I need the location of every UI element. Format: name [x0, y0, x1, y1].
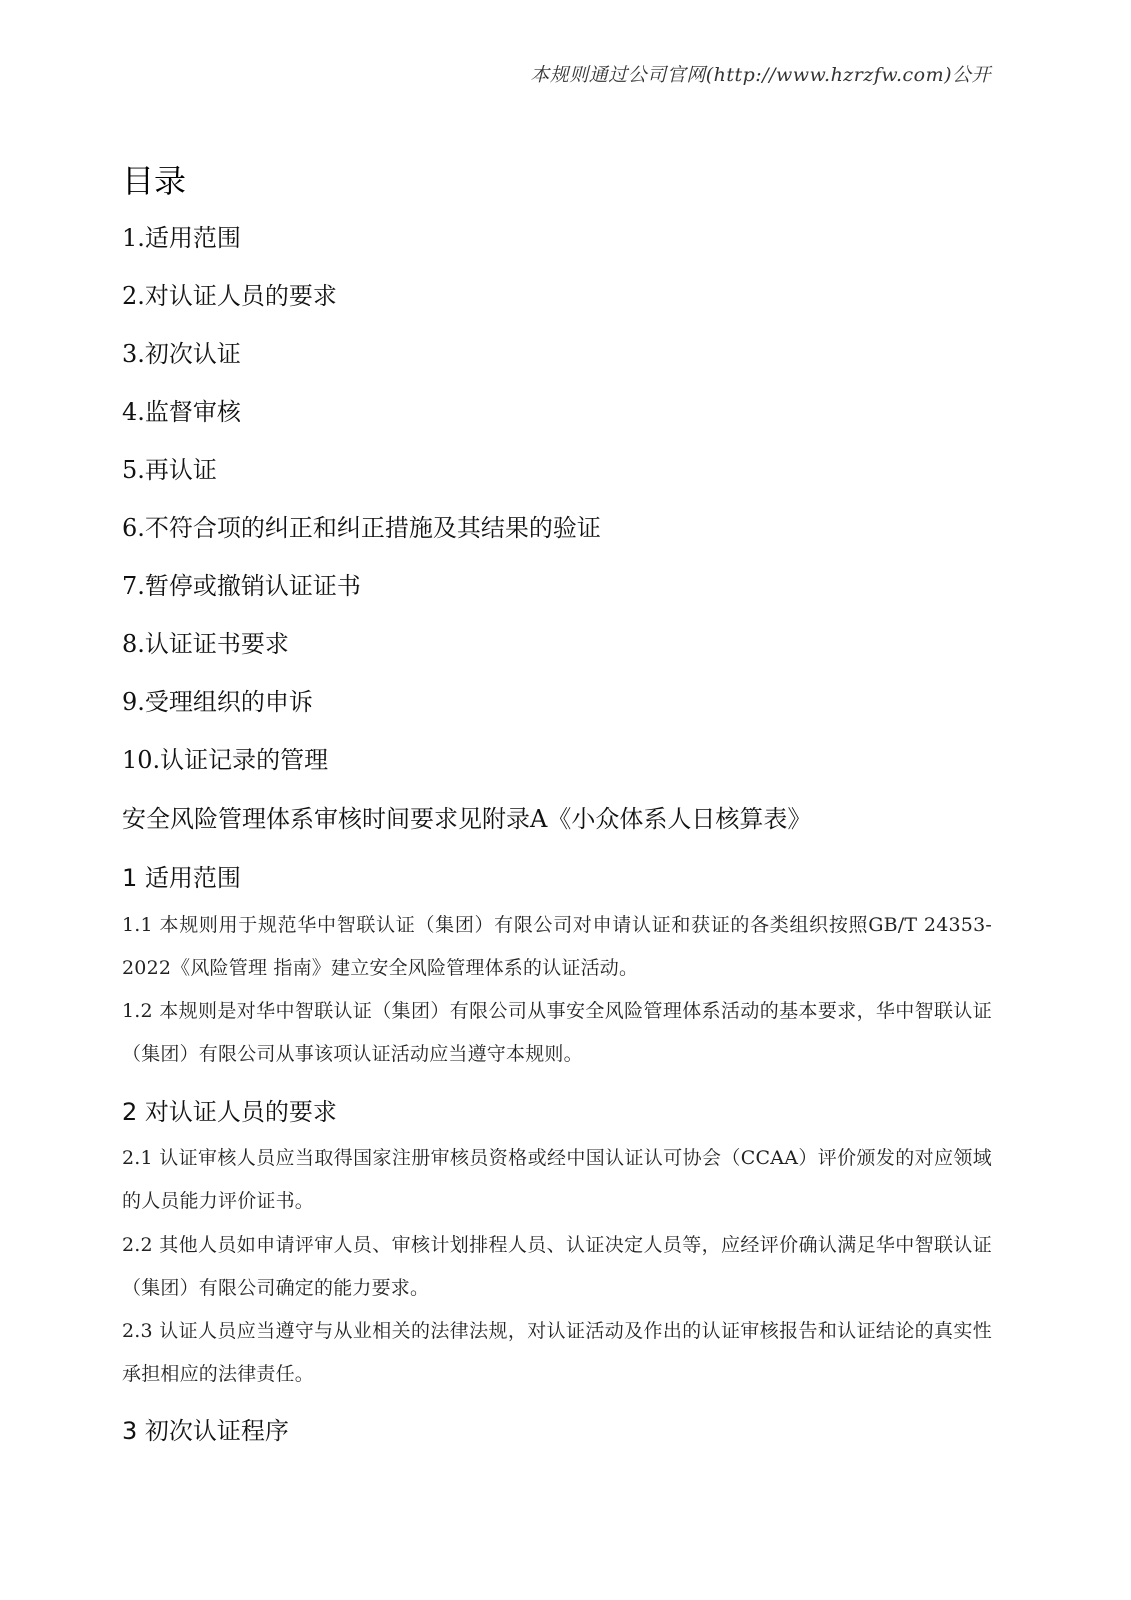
header-publication-note: 本规则通过公司官网(http://www.hzrzfw.com)公开	[530, 60, 991, 87]
section-heading-initial-certification: 3 初次认证程序	[122, 1411, 289, 1446]
toc-title: 目录	[122, 156, 186, 202]
paragraph-2-2: 2.2 其他人员如申请评审人员、审核计划排程人员、认证决定人员等，应经评价确认满…	[122, 1224, 992, 1310]
toc-item-surveillance-audit[interactable]: 4.监督审核	[122, 392, 241, 427]
section-heading-personnel: 2 对认证人员的要求	[122, 1092, 337, 1127]
paragraph-2-3: 2.3 认证人员应当遵守与从业相关的法律法规，对认证活动及作出的认证审核报告和认…	[122, 1310, 992, 1396]
toc-item-personnel-requirements[interactable]: 2.对认证人员的要求	[122, 276, 337, 311]
paragraph-1-2: 1.2 本规则是对华中智联认证（集团）有限公司从事安全风险管理体系活动的基本要求…	[122, 990, 992, 1076]
toc-item-suspension-withdrawal[interactable]: 7.暂停或撤销认证证书	[122, 566, 361, 601]
toc-item-initial-certification[interactable]: 3.初次认证	[122, 334, 241, 369]
toc-item-nonconformity-correction[interactable]: 6.不符合项的纠正和纠正措施及其结果的验证	[122, 508, 601, 543]
appendix-note: 安全风险管理体系审核时间要求见附录A《小众体系人日核算表》	[122, 799, 811, 834]
toc-item-records-management[interactable]: 10.认证记录的管理	[122, 740, 328, 775]
paragraph-1-1: 1.1 本规则用于规范华中智联认证（集团）有限公司对申请认证和获证的各类组织按照…	[122, 904, 992, 990]
section-heading-scope: 1 适用范围	[122, 858, 241, 893]
paragraph-2-1: 2.1 认证审核人员应当取得国家注册审核员资格或经中国认证认可协会（CCAA）评…	[122, 1137, 992, 1223]
toc-item-appeals[interactable]: 9.受理组织的申诉	[122, 682, 313, 717]
toc-item-scope[interactable]: 1.适用范围	[122, 218, 241, 253]
toc-item-certificate-requirements[interactable]: 8.认证证书要求	[122, 624, 289, 659]
toc-item-recertification[interactable]: 5.再认证	[122, 450, 217, 485]
